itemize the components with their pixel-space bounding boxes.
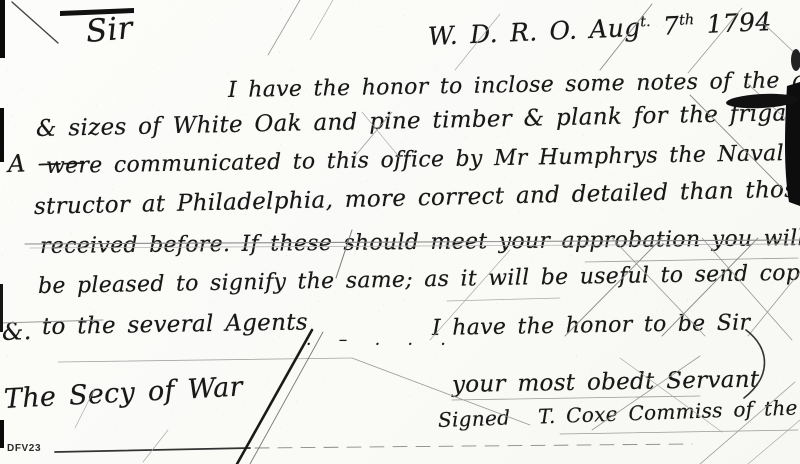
dateline-year: 1794 xyxy=(706,7,772,39)
salutation: Sir xyxy=(84,10,134,50)
scanned-letter-page: Sir W. D. R. O. Augt. 7th 1794 I have th… xyxy=(0,0,800,464)
dateline-month-superscript: t. xyxy=(640,14,651,30)
dateline-office: W. D. R. O. xyxy=(427,16,577,51)
addressee: The Secy of War xyxy=(3,372,243,415)
body-line-1: I have the honor to inclose some notes o… xyxy=(228,67,800,103)
body-line-5: received before. If these should meet yo… xyxy=(40,226,800,259)
body-line-6: be pleased to signify the same; as it wi… xyxy=(38,260,800,299)
dateline-day: 7 xyxy=(662,11,679,41)
margin-mark-ampersand: &. xyxy=(2,317,33,346)
dateline: W. D. R. O. Augt. 7th 1794 xyxy=(427,7,772,51)
dateline-day-superscript: th xyxy=(679,12,695,29)
body-line-4: structor at Philadelphia, more correct a… xyxy=(34,176,800,220)
body-line-3: were communicated to this office by Mr H… xyxy=(46,140,800,179)
body-line-2: & sizes of White Oak and pine timber & p… xyxy=(36,98,800,142)
dateline-month: Aug xyxy=(589,13,641,44)
body-line-7: to the several Agents xyxy=(42,309,308,340)
closing-line-1: I have the honor to be Sir xyxy=(432,310,751,341)
signature: T. Coxe Commiss of the Rev. xyxy=(538,394,800,429)
signature-line: SignedT. Coxe Commiss of the Rev. xyxy=(438,394,800,432)
signed-label: Signed xyxy=(438,405,511,432)
handwriting-layer: Sir W. D. R. O. Augt. 7th 1794 I have th… xyxy=(0,0,800,464)
closing-line-2: your most obedt Servant xyxy=(452,367,760,398)
microfilm-corner-mark: DFV23 xyxy=(7,443,41,454)
